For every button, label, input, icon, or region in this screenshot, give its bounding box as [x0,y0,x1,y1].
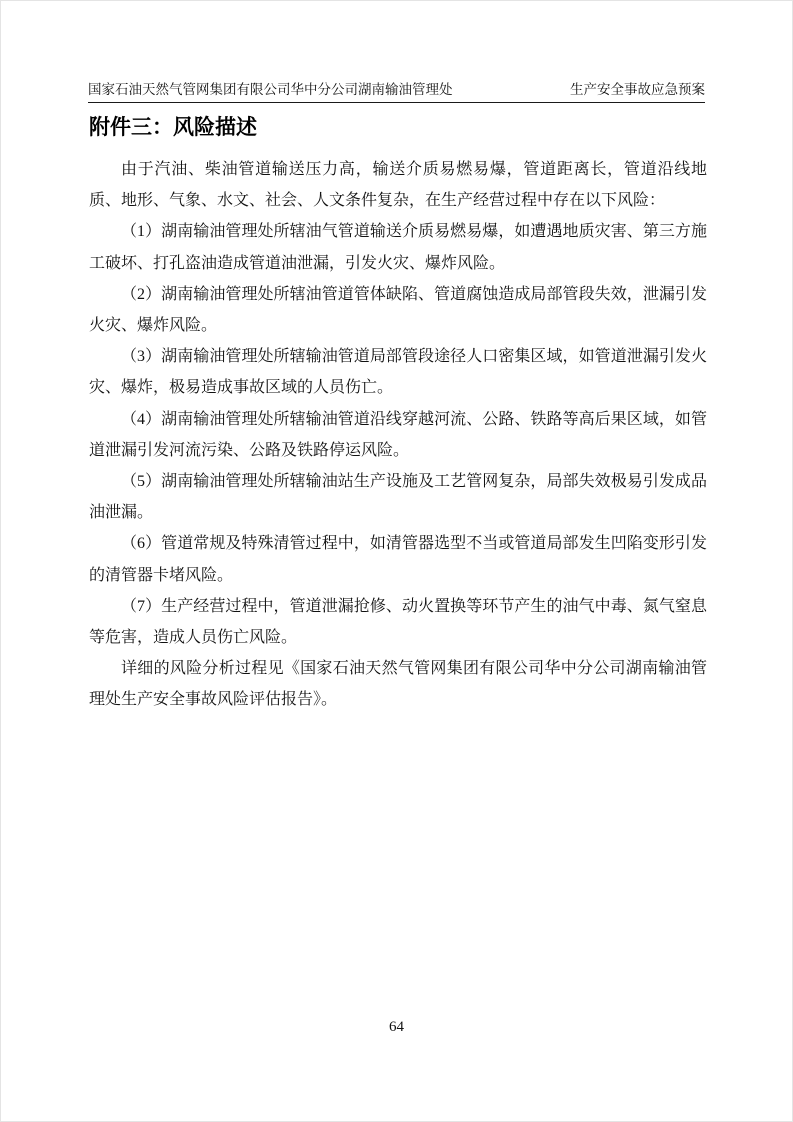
paragraph-risk-6: （6）管道常规及特殊清管过程中，如清管器选型不当或管道局部发生凹陷变形引发的清管… [89,528,707,590]
page-number: 64 [389,1019,404,1035]
paragraph-risk-4: （4）湖南输油管理处所辖输油管道沿线穿越河流、公路、铁路等高后果区域，如管道泄漏… [89,404,707,466]
paragraph-risk-5: （5）湖南输油管理处所辖输油站生产设施及工艺管网复杂，局部失效极易引发成品油泄漏… [89,466,707,528]
paragraph-intro: 由于汽油、柴油管道输送压力高，输送介质易燃易爆，管道距离长，管道沿线地质、地形、… [89,154,707,216]
paragraph-risk-3: （3）湖南输油管理处所辖输油管道局部管段途径人口密集区域，如管道泄漏引发火灾、爆… [89,341,707,403]
paragraph-risk-1: （1）湖南输油管理处所辖油气管道输送介质易燃易爆，如遭遇地质灾害、第三方施工破坏… [89,216,707,278]
page-footer: 64 [1,1019,792,1036]
page-header: 国家石油天然气管网集团有限公司华中分公司湖南输油管理处 生产安全事故应急预案 [88,81,705,103]
header-company-name: 国家石油天然气管网集团有限公司华中分公司湖南输油管理处 [88,81,453,98]
document-page: 国家石油天然气管网集团有限公司华中分公司湖南输油管理处 生产安全事故应急预案 附… [0,0,793,1122]
document-body: 由于汽油、柴油管道输送压力高，输送介质易燃易爆，管道距离长，管道沿线地质、地形、… [89,154,707,716]
paragraph-risk-2: （2）湖南输油管理处所辖油管道管体缺陷、管道腐蚀造成局部管段失效，泄漏引发火灾、… [89,279,707,341]
header-document-type: 生产安全事故应急预案 [570,81,705,98]
attachment-title: 附件三：风险描述 [89,113,257,143]
paragraph-closing: 详细的风险分析过程见《国家石油天然气管网集团有限公司华中分公司湖南输油管理处生产… [89,653,707,715]
paragraph-risk-7: （7）生产经营过程中，管道泄漏抢修、动火置换等环节产生的油气中毒、氮气窒息等危害… [89,591,707,653]
